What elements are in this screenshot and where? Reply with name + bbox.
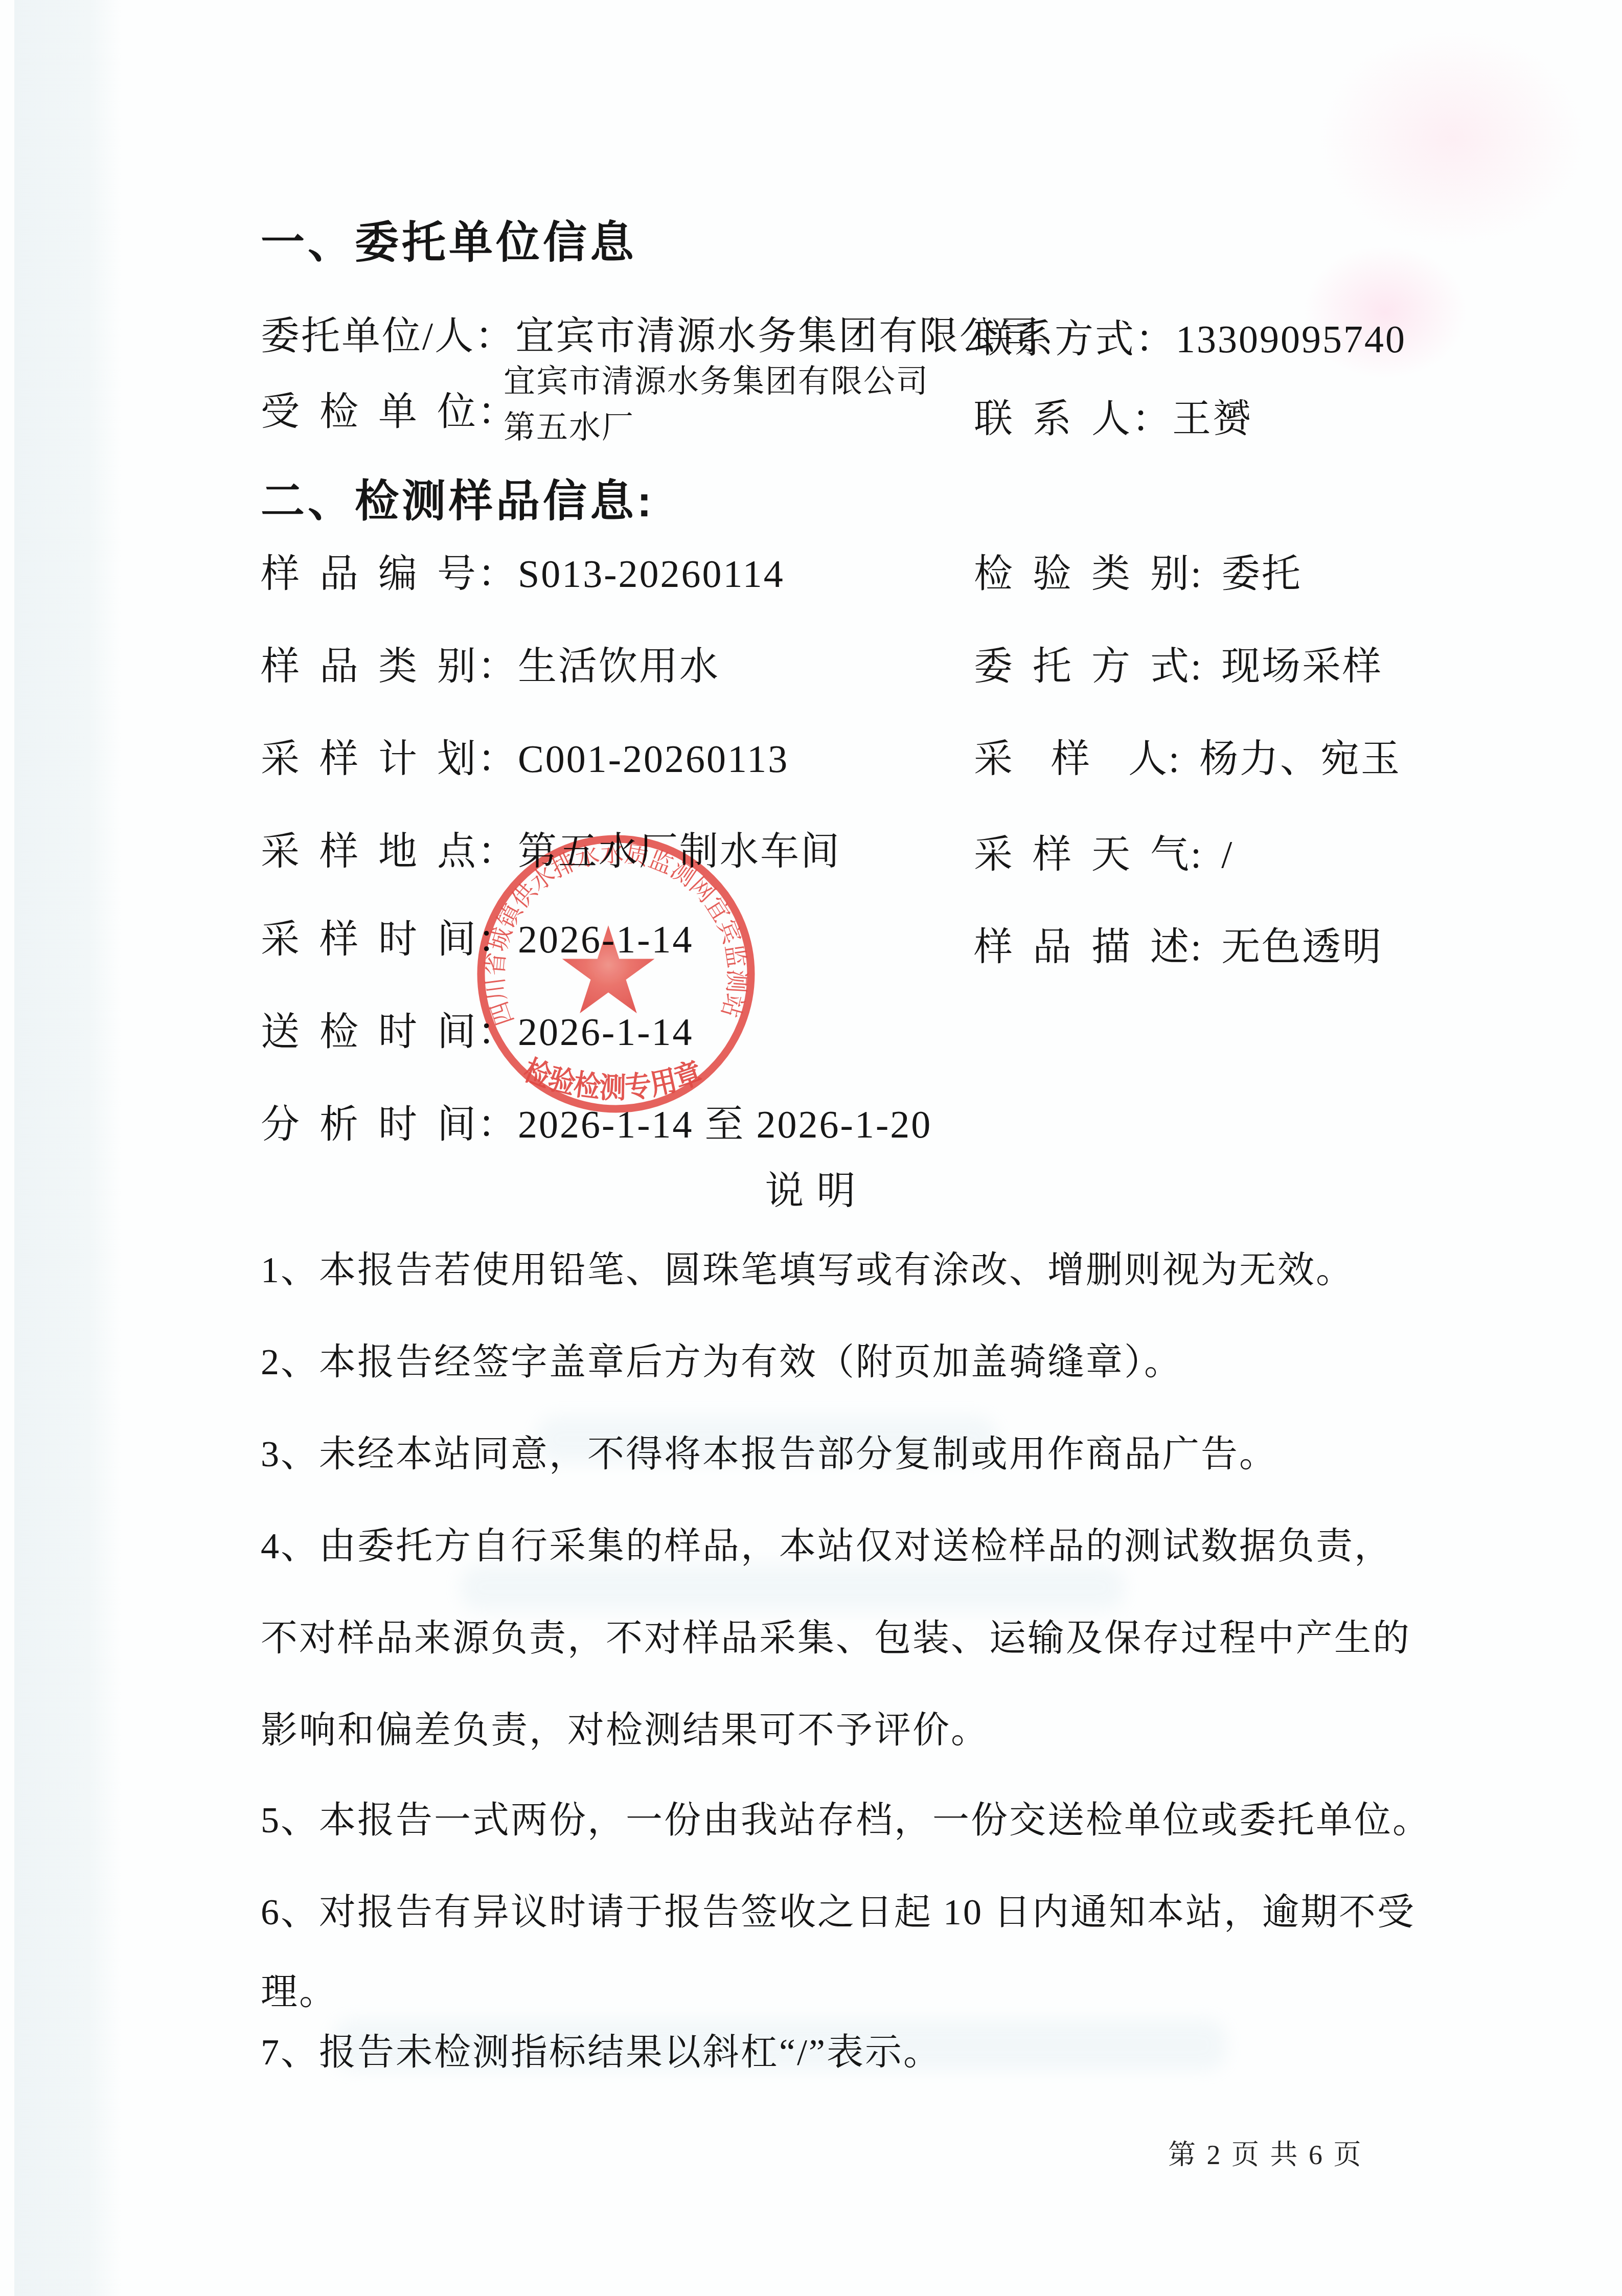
field-client-unit-value: 宜宾市清源水务集团有限公司 xyxy=(515,315,1040,358)
report-page: 一、委托单位信息 委托单位/人：宜宾市清源水务集团有限公司 联系方式：13309… xyxy=(0,0,1622,2296)
note-line-4: 4、由委托方自行采集的样品，本站仅对送检样品的测试数据负责， xyxy=(261,1528,1392,1564)
note-line-4-cont: 不对样品来源负责，不对样品采集、包装、运输及保存过程中产生的 xyxy=(261,1620,1411,1656)
field-sample-category-value: 生活饮用水 xyxy=(518,645,720,688)
note-line-6-cont: 理。 xyxy=(261,1973,337,2010)
field-sampling-weather-label: 采 样 天 气: xyxy=(974,833,1221,876)
note-line-6: 6、对报告有异议时请于报告签收之日起 10 日内通知本站，逾期不受 xyxy=(261,1894,1415,1930)
field-sample-id-label: 样 品 编 号： xyxy=(261,553,518,596)
field-sampling-plan-value: C001-20260113 xyxy=(518,738,789,781)
stamp-star-icon xyxy=(562,925,655,1013)
field-client-unit-label: 委托单位/人： xyxy=(261,315,515,358)
note-line-7: 7、报告未检测指标结果以斜杠“/”表示。 xyxy=(261,2034,942,2071)
field-contact-phone-label: 联系方式： xyxy=(974,318,1176,361)
field-sample-description: 样 品 描 述: 无色透明 xyxy=(974,928,1383,967)
official-stamp: 四川省城镇供水排水水质监测网宜宾监测站 检验检测专用章 xyxy=(468,826,764,1122)
field-sampling-weather: 采 样 天 气: / xyxy=(974,835,1233,874)
scan-bleedthrough-mark xyxy=(460,1564,1125,1610)
field-inspection-type-value: 委托 xyxy=(1221,553,1302,596)
note-line-1: 1、本报告若使用铅笔、圆珠笔填写或有涂改、增删则视为无效。 xyxy=(261,1252,1354,1288)
section-sample-title: 二、检测样品信息: xyxy=(261,480,655,524)
scan-edge-shading xyxy=(14,0,122,2296)
field-sampling-weather-value: / xyxy=(1221,833,1233,876)
field-commission-method-value: 现场采样 xyxy=(1221,645,1383,688)
field-contact-person-value: 王赟 xyxy=(1172,398,1253,441)
field-sampling-plan: 采 样 计 划：C001-20260113 xyxy=(261,740,789,779)
field-client-unit: 委托单位/人：宜宾市清源水务集团有限公司 xyxy=(261,317,1040,356)
field-sample-id-value: S013-20260114 xyxy=(518,553,785,596)
field-sample-id: 样 品 编 号：S013-20260114 xyxy=(261,555,785,594)
field-sample-category-label: 样 品 类 别： xyxy=(261,645,518,688)
field-sampler: 采 样 人: 杨力、宛玉 xyxy=(974,740,1401,779)
field-sample-description-value: 无色透明 xyxy=(1221,926,1383,969)
field-sampler-value: 杨力、宛玉 xyxy=(1199,738,1401,781)
field-inspection-type: 检 验 类 别: 委托 xyxy=(974,555,1302,594)
note-line-5: 5、本报告一式两份，一份由我站存档，一份交送检单位或委托单位。 xyxy=(261,1802,1431,1838)
field-inspected-unit-label: 受 检 单 位： xyxy=(261,393,518,431)
page-number: 第 2 页 共 6 页 xyxy=(1168,2141,1363,2169)
field-contact-phone: 联系方式：13309095740 xyxy=(974,320,1406,359)
field-sampling-plan-label: 采 样 计 划： xyxy=(261,738,518,781)
field-contact-person-label: 联 系 人： xyxy=(974,398,1172,441)
field-inspected-unit-value-line2: 第五水厂 xyxy=(504,412,634,444)
notes-title: 说 明 xyxy=(0,1172,1622,1211)
section-client-title: 一、委托单位信息 xyxy=(261,221,637,265)
field-inspection-type-label: 检 验 类 别: xyxy=(974,553,1221,596)
stamp-ring-text: 四川省城镇供水排水水质监测网宜宾监测站 xyxy=(481,839,751,1029)
field-sampler-label: 采 样 人: xyxy=(974,738,1199,781)
note-line-4-cont2: 影响和偏差负责，对检测结果可不予评价。 xyxy=(261,1712,989,1748)
field-commission-method: 委 托 方 式: 现场采样 xyxy=(974,647,1383,686)
field-commission-method-label: 委 托 方 式: xyxy=(974,645,1221,688)
note-line-3: 3、未经本站同意，不得将本报告部分复制或用作商品广告。 xyxy=(261,1436,1277,1472)
field-contact-person: 联 系 人：王赟 xyxy=(974,400,1253,439)
field-sample-description-label: 样 品 描 述: xyxy=(974,926,1221,969)
field-inspected-unit-value-line1: 宜宾市清源水务集团有限公司 xyxy=(504,366,929,398)
scan-pink-smudge xyxy=(1319,31,1585,245)
field-sample-category: 样 品 类 别：生活饮用水 xyxy=(261,647,720,686)
note-line-2: 2、本报告经签字盖章后方为有效（附页加盖骑缝章）。 xyxy=(261,1344,1182,1380)
field-contact-phone-value: 13309095740 xyxy=(1176,318,1406,361)
